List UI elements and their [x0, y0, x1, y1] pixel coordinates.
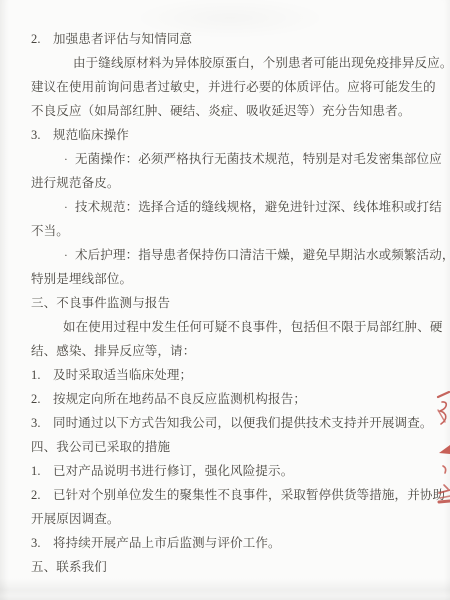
doc-line-text: 同时通过以下方式告知我公司，以便我们提供技术支持并开展调查。 [53, 416, 433, 430]
doc-line: 3.将持续开展产品上市后监测与评价工作。 [31, 531, 431, 555]
doc-line: 三、不良事件监测与报告 [31, 291, 431, 315]
doc-line: 3.规范临床操作 [31, 123, 431, 147]
doc-line-text: 进行规范备皮。 [31, 176, 120, 190]
doc-line-text: 已对产品说明书进行修订，强化风险提示。 [53, 464, 293, 478]
doc-line: 不当。 [31, 219, 431, 243]
line-number: 2. [31, 27, 53, 51]
document-page: 2.加强患者评估与知情同意由于缝线原材料为异体胶原蛋白，个别患者可能出现免疫排异… [0, 0, 450, 600]
line-number: 3. [31, 411, 53, 435]
doc-line: 1.已对产品说明书进行修订，强化风险提示。 [31, 459, 431, 483]
doc-line: 由于缝线原材料为异体胶原蛋白，个别患者可能出现免疫排异反应。 [31, 51, 431, 75]
doc-line-text: 由于缝线原材料为异体胶原蛋白，个别患者可能出现免疫排异反应。 [73, 56, 450, 70]
doc-line: 四、我公司已采取的措施 [31, 435, 431, 459]
line-number: 3. [31, 123, 53, 147]
doc-line: ·术后护理：指导患者保持伤口清洁干燥，避免早期沾水或频繁活动， [31, 243, 431, 267]
line-number: 3. [31, 531, 53, 555]
doc-line: 3.同时通过以下方式告知我公司，以便我们提供技术支持并开展调查。 [31, 411, 431, 435]
document-text-block: 2.加强患者评估与知情同意由于缝线原材料为异体胶原蛋白，个别患者可能出现免疫排异… [31, 27, 431, 579]
doc-line: 1.及时采取适当临床处理； [31, 363, 431, 387]
screenshot-root: { "page": { "background_color": "#fbfbfa… [0, 0, 450, 600]
doc-line: 如在使用过程中发生任何可疑不良事件，包括但不限于局部红肿、硬 [31, 315, 431, 339]
doc-line: 开展原因调查。 [31, 507, 431, 531]
doc-line: 进行规范备皮。 [31, 171, 431, 195]
line-number: 1. [31, 459, 53, 483]
line-number: 1. [31, 363, 53, 387]
doc-line-text: 结、感染、排异反应等，请： [31, 344, 195, 358]
doc-line: 2.加强患者评估与知情同意 [31, 27, 431, 51]
doc-line-text: 五、联系我们 [31, 560, 107, 574]
bullet-icon: · [59, 243, 73, 267]
doc-line-text: 特别是埋线部位。 [31, 272, 132, 286]
doc-line: ·无菌操作：必须严格执行无菌技术规范，特别是对毛发密集部位应 [31, 147, 431, 171]
doc-line-text: 术后护理：指导患者保持伤口清洁干燥，避免早期沾水或频繁活动， [75, 248, 450, 262]
doc-line: 不良反应（如局部红肿、硬结、炎症、吸收延迟等）充分告知患者。 [31, 99, 431, 123]
bullet-icon: · [59, 195, 73, 219]
doc-line: 特别是埋线部位。 [31, 267, 431, 291]
line-number: 2. [31, 387, 53, 411]
doc-line-text: 已针对个别单位发生的聚集性不良事件，采取暂停供货等措施，并协助 [53, 488, 445, 502]
bullet-icon: · [59, 147, 73, 171]
line-number: 2. [31, 483, 53, 507]
doc-line-text: 四、我公司已采取的措施 [31, 440, 170, 454]
doc-line: 2.已针对个别单位发生的聚集性不良事件，采取暂停供货等措施，并协助 [31, 483, 431, 507]
doc-line: 2.按规定向所在地药品不良反应监测机构报告； [31, 387, 431, 411]
doc-line: 五、联系我们 [31, 555, 431, 579]
doc-line-text: 开展原因调查。 [31, 512, 120, 526]
doc-line-text: 如在使用过程中发生任何可疑不良事件，包括但不限于局部红肿、硬 [63, 320, 443, 334]
doc-line: 建议在使用前询问患者过敏史，并进行必要的体质评估。应将可能发生的 [31, 75, 431, 99]
doc-line-text: 按规定向所在地药品不良反应监测机构报告； [53, 392, 306, 406]
doc-line: 结、感染、排异反应等，请： [31, 339, 431, 363]
doc-line-text: 加强患者评估与知情同意 [53, 32, 192, 46]
doc-line-text: 无菌操作：必须严格执行无菌技术规范，特别是对毛发密集部位应 [75, 152, 442, 166]
doc-line-text: 建议在使用前询问患者过敏史，并进行必要的体质评估。应将可能发生的 [31, 80, 436, 94]
doc-line: ·技术规范：选择合适的缝线规格，避免进针过深、线体堆积或打结 [31, 195, 431, 219]
doc-line-text: 技术规范：选择合适的缝线规格，避免进针过深、线体堆积或打结 [75, 200, 442, 214]
doc-line-text: 不当。 [31, 224, 69, 238]
doc-line-text: 三、不良事件监测与报告 [31, 296, 170, 310]
doc-line-text: 规范临床操作 [53, 128, 129, 142]
doc-line-text: 将持续开展产品上市后监测与评价工作。 [53, 536, 281, 550]
doc-line-text: 及时采取适当临床处理； [53, 368, 192, 382]
doc-line-text: 不良反应（如局部红肿、硬结、炎症、吸收延迟等）充分告知患者。 [31, 104, 411, 118]
